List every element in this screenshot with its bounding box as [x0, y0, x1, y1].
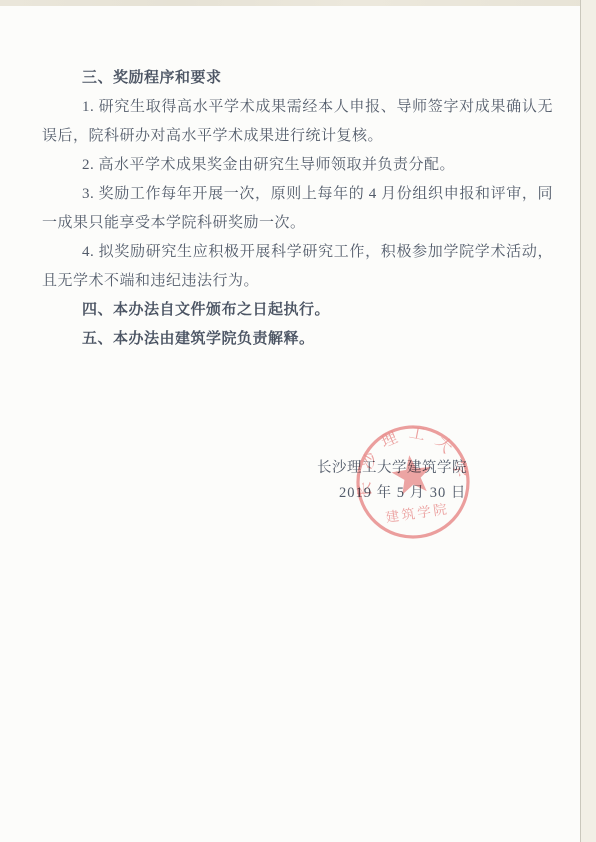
seal-bottom-text: 建筑学院 [385, 500, 451, 525]
paragraph-1: 1. 研究生取得高水平学术成果需经本人申报、导师签字对成果确认无误后，院科研办对… [42, 93, 553, 151]
paragraph-2: 2. 高水平学术成果奖金由研究生导师领取并负责分配。 [42, 151, 553, 180]
section-five-heading: 五、本办法由建筑学院负责解释。 [42, 325, 553, 354]
section-three-heading: 三、奖励程序和要求 [42, 64, 553, 93]
section-four-heading: 四、本办法自文件颁布之日起执行。 [42, 296, 553, 325]
date-line: 2019 年 5 月 30 日 [339, 481, 466, 502]
paragraph-3: 3. 奖励工作每年开展一次，原则上每年的 4 月份组织申报和评审，同一成果只能享… [42, 180, 553, 238]
document-body: 三、奖励程序和要求 1. 研究生取得高水平学术成果需经本人申报、导师签字对成果确… [0, 64, 596, 354]
top-scan-band [0, 0, 596, 6]
scanned-document-page: 三、奖励程序和要求 1. 研究生取得高水平学术成果需经本人申报、导师签字对成果确… [0, 0, 596, 842]
paragraph-4: 4. 拟奖励研究生应积极开展科学研究工作，积极参加学院学术活动，且无学术不端和违… [42, 238, 553, 296]
signature-line: 长沙理工大学建筑学院 [317, 456, 467, 477]
